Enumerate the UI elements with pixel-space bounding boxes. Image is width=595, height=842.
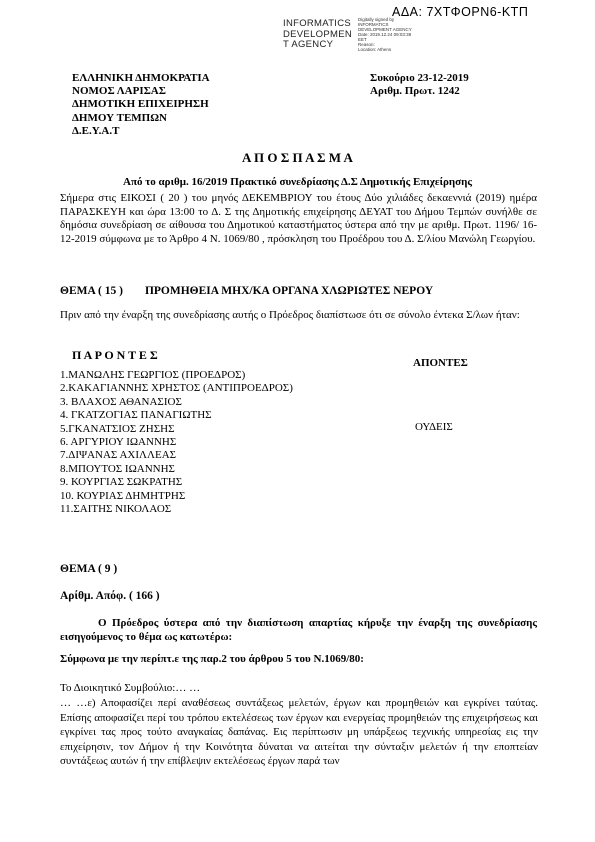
member-item: 6. ΑΡΓΥΡΙΟΥ ΙΩΑΝΝΗΣ (60, 436, 293, 449)
issuer-line-enterprise: ΔΗΜΟΤΙΚΗ ΕΠΙΧΕΙΡΗΣΗ (72, 98, 210, 111)
board-intro: Το Διοικητικό Συμβούλιο:… … (60, 682, 200, 694)
issuer-line-republic: ΕΛΛΗΝΙΚΗ ΔΗΜΟΚΡΑΤΙΑ (72, 72, 210, 85)
absent-heading: ΑΠΟΝΤΕΣ (413, 357, 468, 369)
member-item: 4. ΓΚΑΤΖΟΓΙΑΣ ΠΑΝΑΓΙΩΤΗΣ (60, 409, 293, 422)
issuer-block: ΕΛΛΗΝΙΚΗ ΔΗΜΟΚΡΑΤΙΑ ΝΟΜΟΣ ΛΑΡΙΣΑΣ ΔΗΜΟΤΙ… (72, 72, 210, 138)
protocol-number: Αριθμ. Πρωτ. 1242 (370, 85, 469, 98)
signer-agency-name: INFORMATICS DEVELOPMEN T AGENCY (283, 19, 352, 80)
member-item: 5.ΓΚΑΝΑΤΣΙΟΣ ΖΗΣΗΣ (60, 423, 293, 436)
topic-9-label: ΘΕΜΑ ( 9 ) (60, 563, 117, 575)
document-title: Α Π Ο Σ Π Α Σ Μ Α (0, 150, 595, 166)
issuer-line-municipality: ΔΗΜΟΥ ΤΕΜΠΩΝ (72, 112, 210, 125)
topic-15-label: ΘΕΜΑ ( 15 ) (60, 285, 123, 297)
present-members-list: 1.ΜΑΝΩΛΗΣ ΓΕΩΡΓΙΟΣ (ΠΡΟΕΔΡΟΣ) 2.ΚΑΚΑΓΙΑΝ… (60, 369, 293, 516)
member-item: 10. ΚΟΥΡΙΑΣ ΔΗΜΗΤΡΗΣ (60, 490, 293, 503)
signature-line: Location: Athens (358, 47, 448, 52)
present-heading: Π Α Ρ Ο Ν Τ Ε Σ (72, 348, 158, 363)
member-item: 7.ΔΙΨΑΝΑΣ ΑΧΙΛΛΕΑΣ (60, 449, 293, 462)
digital-signature-stamp: INFORMATICS DEVELOPMEN T AGENCY Digitall… (283, 19, 518, 80)
issuer-line-deyat: Δ.Ε.Υ.Α.Τ (72, 125, 210, 138)
absent-value: ΟΥΔΕΙΣ (415, 421, 453, 433)
agency-line: INFORMATICS (283, 19, 352, 30)
law-reference: Σύμφωνα με την περίπτ.ε της παρ.2 του άρ… (60, 653, 364, 665)
member-item: 1.ΜΑΝΩΛΗΣ ΓΕΩΡΓΙΟΣ (ΠΡΟΕΔΡΟΣ) (60, 369, 293, 382)
law-quote-paragraph: … …ε) Αποφασίζει περί αναθέσεως συντάξεω… (60, 696, 538, 769)
topic-15-title: ΠΡΟΜΗΘΕΙΑ ΜΗΧ/ΚΑ ΟΡΓΑΝΑ ΧΛΩΡΙΩΤΕΣ ΝΕΡΟΥ (145, 285, 433, 297)
agency-line: T AGENCY (283, 40, 352, 51)
intro-paragraph: Σήμερα στις ΕΙΚΟΣΙ ( 20 ) του μηνός ΔΕΚΕ… (60, 192, 537, 246)
topic-15-heading: ΘΕΜΑ ( 15 )ΠΡΟΜΗΘΕΙΑ ΜΗΧ/ΚΑ ΟΡΓΑΝΑ ΧΛΩΡΙ… (60, 285, 433, 297)
document-subtitle: Από το αριθμ. 16/2019 Πρακτικό συνεδρίασ… (0, 176, 595, 188)
member-item: 9. ΚΟΥΡΓΙΑΣ ΣΩΚΡΑΤΗΣ (60, 476, 293, 489)
member-item: 8.ΜΠΟΥΤΟΣ ΙΩΑΝΝΗΣ (60, 463, 293, 476)
member-item: 3. ΒΛΑΧΟΣ ΑΘΑΝΑΣΙΟΣ (60, 396, 293, 409)
document-page: ΑΔΑ: 7ΧΤΦΟΡΝ6-ΚΤΠ INFORMATICS DEVELOPMEN… (0, 0, 595, 842)
chair-paragraph: Ο Πρόεδρος ύστερα από την διαπίστωση απα… (60, 616, 537, 644)
date-protocol-block: Συκούριο 23-12-2019 Αριθμ. Πρωτ. 1242 (370, 72, 469, 98)
quorum-paragraph: Πριν από την έναρξη της συνεδρίασης αυτή… (60, 309, 537, 323)
signature-details: Digitally signed by INFORMATICS DEVELOPM… (358, 17, 448, 52)
issuer-line-prefecture: ΝΟΜΟΣ ΛΑΡΙΣΑΣ (72, 85, 210, 98)
member-item: 2.ΚΑΚΑΓΙΑΝΝΗΣ ΧΡΗΣΤΟΣ (ΑΝΤΙΠΡΟΕΔΡΟΣ) (60, 382, 293, 395)
member-item: 11.ΣΑΙΤΗΣ ΝΙΚΟΛΑΟΣ (60, 503, 293, 516)
place-date: Συκούριο 23-12-2019 (370, 72, 469, 85)
decision-number: Αρίθμ. Απόφ. ( 166 ) (60, 590, 160, 602)
